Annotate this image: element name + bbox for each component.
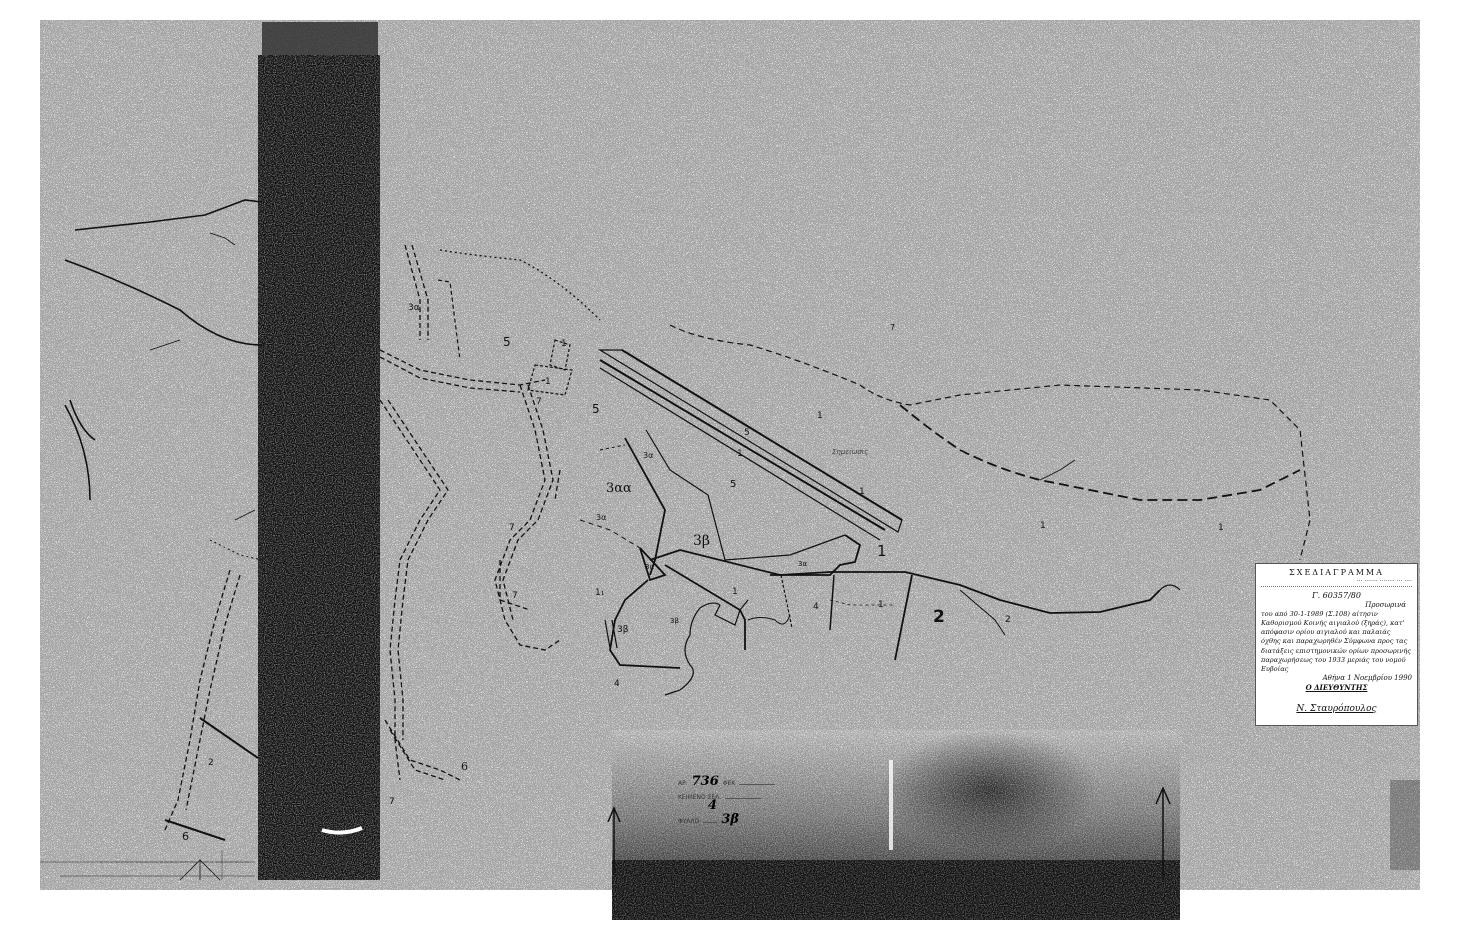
filing-number-label: ΑΡ. [678, 777, 688, 791]
stamp-header: ΣΧΕΔΙΑΓΡΑΜΜΑ [1261, 568, 1412, 577]
parcel-label: 7 [509, 523, 515, 533]
parcel-label: 5 [744, 428, 750, 438]
parcel-label: 3α [645, 563, 654, 571]
parcel-label: 2 [933, 607, 945, 627]
map-annotation: Σημείωσις [832, 448, 868, 456]
parcel-label: 1₁ [595, 588, 605, 598]
parcel-label: 2 [208, 758, 214, 768]
parcel-label: 1 [877, 542, 887, 560]
parcel-label: 1 [561, 339, 567, 349]
parcel-label: 6 [461, 760, 468, 773]
parcel-label: 3β [617, 625, 629, 635]
filing-number-suffix: ΦΕΚ [723, 777, 735, 791]
parcel-label: 3α [643, 451, 653, 460]
stamp-body: του από 30-1-1989 (Σ.108) αίτησιν Καθορι… [1261, 610, 1412, 674]
parcel-label: 3α [408, 303, 420, 313]
parcel-label: 1 [878, 600, 884, 610]
parcel-label: 3α [798, 560, 807, 568]
stamp-reference: Γ. 60357/80 [1261, 591, 1412, 600]
parcel-label: 7 [536, 397, 542, 407]
approval-stamp: ΣΧΕΔΙΑΓΡΑΜΜΑ ··· ······· ········ ··· ··… [1255, 563, 1418, 726]
filing-note: ΑΡ. 736 ΦΕΚ ΚΕΙΜΕΝΟ ΣΕΛ. 4 ΦΥΛΛΟ 3β [678, 775, 775, 829]
stamp-date: Αθήνα 1 Νοεμβρίου 1990 [1261, 674, 1412, 683]
parcel-label: 7 [512, 591, 518, 601]
parcel-label: 1 [737, 449, 743, 459]
parcel-label: 5 [730, 479, 736, 490]
stamp-signature: Ν. Σταυρόπουλος [1261, 705, 1412, 714]
filing-number-value: 736 [692, 775, 719, 789]
parcel-label: 3β [670, 617, 679, 625]
filing-sheet-label: ΦΥΛΛΟ [678, 815, 699, 829]
parcel-label: 2 [1005, 615, 1011, 625]
scan-shadow-right [1390, 780, 1420, 870]
parcel-label: 3β [693, 533, 710, 549]
parcel-label: 4 [614, 679, 620, 689]
filing-sheet-value: 3β [721, 813, 739, 827]
parcel-label: 7 [389, 797, 395, 807]
scan-shadow-band [258, 22, 380, 880]
parcel-label: 1 [859, 487, 865, 497]
stamp-salutation: Προσωρινά [1261, 601, 1406, 610]
parcel-label: 1 [732, 587, 738, 597]
parcel-label: 3α [596, 513, 606, 522]
parcel-label: 4 [813, 602, 819, 612]
parcel-label: 1 [545, 377, 551, 387]
parcel-label: 1 [1218, 523, 1224, 533]
parcel-label: 1 [1040, 521, 1046, 531]
parcel-label: 5 [503, 335, 511, 349]
stamp-subheader: ··· ······· ········ ··· ···· [1261, 577, 1412, 587]
parcel-label: 7 [890, 323, 895, 332]
parcel-label: 1 [817, 411, 823, 421]
parcel-label: 6 [182, 830, 189, 843]
stamp-role: Ο ΔΙΕΥΘΥΝΤΗΣ [1261, 683, 1412, 692]
parcel-label: 5 [592, 402, 600, 416]
filing-page-value: 4 [708, 799, 717, 813]
parcel-label: 3αα [606, 481, 632, 496]
